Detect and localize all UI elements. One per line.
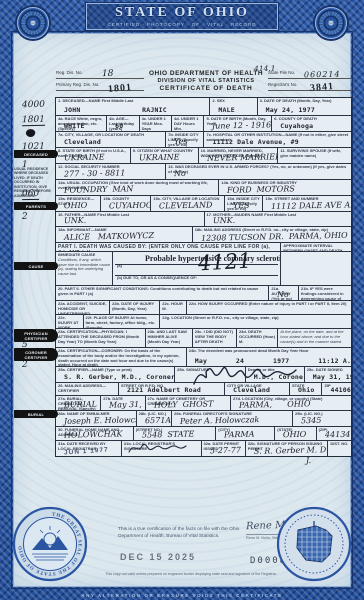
field-label: 23a. CERTIFICATION—PHYSICIAN: I ATTENDED…: [58, 330, 143, 344]
field-date-of-birth: 5. DATE OF BIRTH (Month, Day, Year)June …: [203, 116, 271, 131]
field-residence-state: 15a. RESIDENCE—STATEOHIO: [56, 196, 100, 211]
field-value: 60: [115, 122, 123, 130]
field-number: 15e.: [265, 196, 274, 201]
field-residence-inside-limits: 15d. INSIDE CITY LIMITS (Specify yes or …: [224, 196, 262, 211]
field-county-of-death: 6. COUNTY OF DEATHCuyahoga: [271, 116, 351, 131]
form-row: 8. STATE OF BIRTH (If not in U.S.A., nam…: [56, 147, 351, 163]
field-number: 7a.: [58, 132, 65, 137]
field-label: 23c. I DID (DID NOT) VIEW THE BODY AFTER…: [195, 330, 234, 344]
form-row: 31a. DATE RECEIVED BY LOCAL REGISTRARJUN…: [56, 440, 351, 456]
field-informant: 18a. INFORMANT—NAMEALICE MATKOWYCZ: [56, 227, 192, 242]
field-inside-city-limits: 7b. INSIDE CITY LIMITS (Specify yes or n…: [165, 132, 203, 147]
field-value: UNK.: [212, 216, 234, 225]
validity-fine-print: This copy not valid unless prepared on e…: [88, 572, 294, 576]
header-right: 414.1 State File No. 060214 Registrar's …: [268, 70, 352, 94]
field-accident-suicide: 22a. ACCIDENT, SUICIDE, HOMICIDE OR UNDE…: [56, 301, 109, 314]
header-left: Reg. Dis. No. 18 Primary Reg. Dis. No. 1…: [56, 70, 144, 94]
field-value: NEVER MARRIED: [207, 152, 278, 163]
department-title: OHIO DEPARTMENT OF HEALTH: [144, 70, 268, 77]
form-row: 22a. ACCIDENT, SUICIDE, HOMICIDE OR UNDE…: [56, 300, 351, 314]
immediate-cause-note: IMMEDIATE CAUSEConditions, if any, which…: [56, 252, 112, 285]
field-value: 5548 STATE: [142, 429, 195, 439]
field-embalmer-lic: 28b. (LIC. NO.)6571A: [136, 411, 171, 426]
field-label: 23b. AND LAST SAW HIM/HER ALIVE (Month D…: [148, 330, 190, 344]
field-number: 4d.: [174, 116, 181, 121]
primary-reg-label: Primary Reg. Dis. No.: [56, 82, 100, 87]
field-value: BURIAL: [64, 400, 97, 410]
field-mother-name: 17. MOTHER—MAIDEN NAME First Middle Last…: [204, 212, 352, 226]
field-how-injury: 22d. HOW INJURY OCCURRED (Enter nature o…: [186, 301, 351, 314]
field-under-1-day: 4d. UNDER 1 DAY Hours Min.: [171, 116, 203, 131]
cert-viewed-body: 23c. I DID (DID NOT) VIEW THE BODY AFTER…: [192, 329, 236, 347]
field-number: 25c.: [307, 367, 316, 372]
field-city-of-death: 7a. CITY, VILLAGE, OR LOCATION OF DEATHC…: [56, 132, 165, 147]
field-number: 8.: [58, 148, 62, 153]
field-number: 2.: [212, 98, 216, 103]
corner-rosette-icon: [315, 7, 347, 39]
field-date-permit-issued: 32a. DATE PERMIT ISSUED5-27-77: [201, 441, 245, 456]
field-value: S. R. Gerber M. D.: [254, 445, 328, 456]
field-race: 4a. RACE White, negro, american indian, …: [56, 116, 106, 131]
field-number: 31a.: [58, 441, 67, 446]
field-certifier-name: 25a. CERTIFIER—NAME (Type or print)S. R.…: [56, 367, 174, 382]
reg-dis-value: 18: [102, 69, 114, 79]
field-value: OHIO: [64, 201, 87, 210]
field-value: MALE: [218, 106, 234, 114]
field-value: Joseph E. Holowczak: [64, 415, 136, 426]
field-injury-at-work: 22e. INJURY AT WORK (Specify yes or no): [56, 315, 83, 328]
field-value: UNK.: [64, 216, 86, 225]
registrar-signature-scrawl: [126, 440, 188, 456]
field-cemetery: 27c. NAME OF CEMETERY OR CREMATORYHOLY G…: [145, 396, 231, 410]
great-seal-of-ohio-icon: THE GREAT SEAL OF THE STATE OF OHIO: [12, 506, 88, 582]
field-value: UKRAINE: [139, 153, 180, 163]
field-number: 26.: [58, 383, 65, 388]
field-number: 14b.: [221, 180, 230, 185]
margin-tab-coroner-certifier: CORONER CERTIFIER: [14, 348, 58, 361]
field-number: 32a.: [204, 441, 213, 446]
form-row: 23a. CERTIFICATION—PHYSICIAN: I ATTENDED…: [56, 328, 351, 347]
field-injury-location: 22g. LOCATION (Street or R.F.D. no., cit…: [159, 315, 351, 328]
field-funeral-home-street: (STREET NO.)5548 STATE: [133, 427, 216, 440]
field-permit-signature: 32b. SIGNATURE OF PERSON ISSUING PERMITS…: [245, 441, 328, 456]
field-number: 22g.: [162, 315, 171, 320]
field-value: Cleveland: [64, 138, 101, 146]
field-value: No: [174, 169, 186, 178]
field-date-received: 31a. DATE RECEIVED BY LOCAL REGISTRARJUN…: [56, 441, 121, 456]
field-number: 25a.: [58, 367, 67, 372]
field-label: 22f. PLACE OF INJURY At home, farm, stre…: [86, 316, 158, 328]
margin-tab-burial: BURIAL: [14, 410, 58, 418]
field-label: 4c. UNDER 1 YEAR Mos. Days: [142, 117, 169, 131]
field-value: FOUNDRY MAN: [64, 184, 134, 194]
margin-annotation: 060: [22, 189, 39, 200]
ohio-map-seal-icon: [276, 506, 352, 582]
field-label: Conditions, if any, which gave rise to i…: [58, 258, 110, 277]
alteration-notice: ANY ALTERATION OR ERASURE VOIDS THIS CER…: [0, 593, 364, 598]
field-number: 6.: [274, 116, 278, 121]
field-value: PARMA, OHIO: [239, 399, 311, 409]
field-residence-city: 15c. CITY, VILLAGE OR LOCATIONCLEVELAND: [150, 196, 224, 211]
field-residence-county: 15b. COUNTYCUYAHOGA: [100, 196, 150, 211]
margin-annotation: 2: [22, 360, 28, 370]
certificate-title: CERTIFICATE OF DEATH: [144, 85, 268, 92]
field-label: 22g. LOCATION (Street or R.F.D. no., cit…: [162, 316, 349, 321]
cert-coroner: 24a. CERTIFICATION—CORONER: On the basis…: [56, 348, 186, 366]
field-autopsy: 21a. AUTOPSY (Yes or no)No: [268, 286, 298, 300]
cause-line: (c) DUE TO, OR AS A CONSEQUENCE OF:: [115, 275, 278, 285]
field-label: 11. SURVIVING SPOUSE (If wife, give maid…: [280, 149, 349, 159]
field-date-of-death: 3. DATE OF DEATH (Month, Day, Year)May 2…: [257, 98, 351, 115]
field-number: 23b.: [148, 329, 157, 334]
header-center: OHIO DEPARTMENT OF HEALTH DIVISION OF VI…: [144, 70, 268, 94]
field-number: 1.: [58, 98, 62, 103]
field-surviving-spouse: 11. SURVIVING SPOUSE (If wife, give maid…: [277, 148, 351, 163]
field-number: 21b.: [301, 286, 310, 291]
field-value: Peter A. Holowczak: [180, 415, 259, 426]
field-citizen-of: 9. CITIZEN OF WHAT COUNTRYUKRAINE: [130, 148, 198, 163]
field-value: YES: [233, 201, 250, 210]
field-number: 23d.: [239, 329, 248, 334]
field-value: June 12 - 1916: [212, 120, 271, 130]
field-label: DIST. NO.: [330, 442, 349, 447]
field-label: 3. DATE OF DEATH (Month, Day, Year): [260, 99, 349, 104]
field-number: 22b.: [112, 301, 121, 306]
form-row: 4a. RACE White, negro, american indian, …: [56, 115, 351, 131]
field-number: 9.: [133, 148, 137, 153]
field-label: 22b. DATE OF INJURY (Month, Day, Year): [112, 302, 157, 312]
field-value: 5-27-77: [209, 446, 240, 456]
field-age: 4b. AGE—Last birthday (years)60: [106, 116, 138, 131]
field-burial-type: 27a. BURIAL, CREMATION, REMOVAL (Specify…: [56, 396, 100, 410]
field-value: JOHN RAJNIC: [64, 106, 167, 114]
field-label: 23d. DEATH OCCURRED (Hour) M.: [239, 330, 275, 344]
field-place-of-injury: 22f. PLACE OF INJURY At home, farm, stre…: [83, 315, 160, 328]
state-banner: STATE OF OHIO · CERTIFIED · PHOTOCOPY · …: [86, 3, 278, 30]
field-value: Ohio: [298, 386, 314, 394]
field-label: 24a. CERTIFICATION—CORONER: On the basis…: [58, 349, 184, 366]
certification-statement: This is a true certification of the fact…: [118, 526, 252, 540]
form-row: 30. FUNERAL HOME NAME AND ADDRESSHOLOWCH…: [56, 426, 351, 440]
state-file-label: State File No.: [268, 70, 295, 75]
form-row: 7a. CITY, VILLAGE, OR LOCATION OF DEATHC…: [56, 131, 351, 147]
field-label: 4d. UNDER 1 DAY Hours Min.: [174, 117, 201, 131]
cert-physician-note: At the place, on the date, and at the ho…: [277, 329, 351, 347]
form-row: 20. PART II. OTHER SIGNIFICANT CONDITION…: [56, 285, 351, 300]
field-father-name: 16. FATHER—NAME First Middle LastUNK.: [56, 212, 204, 226]
field-number: 15b.: [103, 196, 112, 201]
field-label: 22c. HOUR M.: [162, 302, 184, 312]
field-injury-hour: 22c. HOUR M.: [159, 301, 186, 314]
form-row: 16. FATHER—NAME First Middle LastUNK.17.…: [56, 211, 351, 226]
field-date-of-injury: 22b. DATE OF INJURY (Month, Day, Year): [109, 301, 159, 314]
field-funeral-home-city: (CITY)PARMA: [215, 427, 274, 440]
field-label: 13. WAS DECEASED EVER IN U.S. ARMED FORC…: [168, 165, 349, 175]
field-number: 4c.: [142, 116, 149, 121]
division-title: DIVISION OF VITAL STATISTICS: [144, 78, 268, 84]
field-number: 7c.: [206, 132, 213, 137]
field-marital-status: 10. MARRIED, NEVER MARRIED, WIDOWED, DIV…: [198, 148, 278, 163]
certifier-signature-scrawl: [188, 358, 300, 390]
field-occupation: 14a. USUAL OCCUPATION (Give kind of work…: [56, 180, 218, 195]
certificate-form: 1. DECEASED—NAME First Middle LastJOHN R…: [55, 97, 352, 457]
field-state-of-birth: 8. STATE OF BIRTH (If not in U.S.A., nam…: [56, 148, 130, 163]
field-number: 25b.: [177, 367, 186, 372]
banner-subtitle: · CERTIFIED · PHOTOCOPY · OF · VITAL · R…: [91, 22, 273, 27]
field-number: 29a.: [174, 411, 183, 416]
death-certificate-page: STATE OF OHIO · CERTIFIED · PHOTOCOPY · …: [0, 0, 364, 600]
registrar-no-value: 3841: [310, 81, 335, 94]
field-armed-forces: 13. WAS DECEASED EVER IN U.S. ARMED FORC…: [165, 164, 351, 179]
field-embalmer: 28a. NAME OF EMBALMERJoseph E. Holowczak: [56, 411, 136, 426]
field-funeral-home: 30. FUNERAL HOME NAME AND ADDRESSHOLOWCH…: [56, 427, 133, 440]
field-label: 26. MAILING ADDRESS—CERTIFIER: [58, 384, 116, 394]
field-number: 15c.: [153, 196, 162, 201]
field-number: 22c.: [162, 301, 171, 306]
field-value: 44106: [330, 386, 351, 394]
issue-date-stamp: DEC 15 2025: [120, 552, 196, 562]
field-funeral-home-zip: (ZIP)44134: [316, 427, 351, 440]
field-label: 22a. ACCIDENT, SUICIDE, HOMICIDE OR UNDE…: [58, 302, 107, 314]
field-informant-address: 18b. MAILING ADDRESS (Street or R.F.D. n…: [192, 227, 351, 242]
field-funeral-home-state: (STATE)OHIO: [274, 427, 315, 440]
field-number: 18a.: [58, 227, 67, 232]
field-value: S. R. Gerber, M.D., Coroner: [64, 373, 174, 381]
field-number: 22e.: [58, 315, 66, 320]
margin-annotation: 2: [22, 212, 28, 222]
field-value: UKRAINE: [64, 153, 105, 163]
corner-rosette-icon: [17, 7, 49, 39]
margin-annotation: 1801: [22, 115, 45, 126]
margin-tab-deceased: DECEASED: [14, 150, 58, 158]
field-dist-no: DIST. NO.: [327, 441, 351, 456]
field-value: CUYAHOGA: [109, 200, 150, 210]
field-certifier-address-label: 26. MAILING ADDRESS—CERTIFIER: [56, 383, 118, 395]
field-number: 12.: [58, 164, 65, 169]
field-number: 5.: [206, 116, 210, 121]
form-row: 22e. INJURY AT WORK (Specify yes or no)2…: [56, 314, 351, 328]
field-number: 18b.: [195, 227, 204, 232]
cert-last-seen: 23b. AND LAST SAW HIM/HER ALIVE (Month D…: [145, 329, 192, 347]
reg-dis-label: Reg. Dis. No.: [56, 70, 83, 75]
cause-line: (b) DUE TO, OR AS A CONSEQUENCE OF:: [115, 264, 278, 275]
form-row: 18a. INFORMANT—NAMEALICE MATKOWYCZ18b. M…: [56, 226, 351, 242]
field-value: WHITE: [64, 122, 85, 130]
field-industry: 14b. KIND OF BUSINESS OR INDUSTRYFORD MO…: [218, 180, 351, 195]
reg-dis-line: Reg. Dis. No. 18: [56, 70, 144, 79]
field-number: 20.: [58, 286, 65, 291]
field-funeral-director-lic: 29b. (LIC. NO.)5345: [292, 411, 351, 426]
cause-code-annotation: 4121: [197, 249, 252, 276]
field-label: 20. PART II. OTHER SIGNIFICANT CONDITION…: [58, 287, 266, 297]
field-label: APPROXIMATE INTERVAL BETWEEN ONSET AND D…: [283, 244, 349, 251]
state-file-value: 060214: [304, 70, 341, 80]
field-funeral-director: 29a. FUNERAL DIRECTOR'S SIGNATUREPeter A…: [171, 411, 292, 426]
field-value: No: [277, 290, 289, 299]
field-number: 4a.: [58, 116, 65, 121]
form-row: PART I. DEATH WAS CAUSED BY: (ENTER ONLY…: [56, 242, 351, 251]
form-header: Reg. Dis. No. 18 Primary Reg. Dis. No. 1…: [56, 70, 352, 94]
field-number: 11.: [280, 148, 286, 153]
field-residence-street: 15e. STREET AND NUMBER11112 DALE AVE APT…: [262, 196, 351, 211]
field-label: At the place, on the date, and at the ho…: [280, 330, 349, 344]
field-date-signed: 25c. DATE SIGNEDMay 31, 1977: [304, 367, 351, 382]
field-number: 24b.: [189, 348, 198, 353]
field-cemetery-location: 27d. LOCATION (City, village, or county)…: [230, 396, 351, 410]
field-value: ALICE MATKOWYCZ: [64, 231, 154, 242]
field-ssn: 12. SOCIAL SECURITY NUMBER277 - 30 - 881…: [56, 164, 165, 179]
field-value: Cuyahoga: [280, 122, 313, 130]
field-certifier-zip: ZIP44106: [321, 383, 351, 395]
form-row: 12. SOCIAL SECURITY NUMBER277 - 30 - 881…: [56, 163, 351, 179]
interval-header: APPROXIMATE INTERVAL BETWEEN ONSET AND D…: [280, 243, 351, 251]
field-value: CLEVELAND: [159, 200, 213, 210]
field-value: 11112 Dale Avenue, #9: [212, 138, 298, 146]
registrar-no-label: Registrar's No.: [268, 82, 298, 87]
field-label: 2. SEX: [212, 99, 254, 104]
field-value: HOLOWCHAK: [64, 429, 123, 439]
field-label: 22d. HOW INJURY OCCURRED (Enter nature o…: [189, 302, 349, 307]
field-hospital: 7c. HOSPITAL OR OTHER INSTITUTION—NAME (…: [203, 132, 351, 147]
field-label: 22e. INJURY AT WORK (Specify yes or no): [58, 316, 81, 328]
field-value: 277 - 30 - 8811: [64, 168, 126, 178]
state-file-line: State File No. 060214: [268, 70, 352, 79]
field-value: OHIO: [283, 430, 306, 439]
field-number: 14a.: [58, 180, 67, 185]
field-under-1-year: 4c. UNDER 1 YEAR Mos. Days: [139, 116, 171, 131]
field-label: 24b. The decedent was pronounced dead Mo…: [189, 349, 349, 354]
margin-tab-physician-certifier: PHYSICIAN CERTIFIER: [14, 329, 58, 342]
dist-no-annotation: J.: [306, 456, 311, 465]
field-value: 44134: [324, 430, 350, 440]
field-number: 4b.: [109, 116, 116, 121]
margin-annotation: 4000: [22, 100, 45, 110]
field-autopsy-findings: 21b. IF YES were findings considered in …: [298, 286, 351, 300]
field-label: 1. DECEASED—NAME First Middle Last: [58, 99, 207, 104]
primary-reg-line: Primary Reg. Dis. No. 1801: [56, 82, 144, 91]
field-value: Yes: [174, 137, 188, 146]
field-value: May 31, 1977: [109, 399, 144, 409]
field-value: FORD MOTORS: [227, 184, 295, 194]
field-number: 24a.: [58, 348, 67, 353]
form-row: 14a. USUAL OCCUPATION (Give kind of work…: [56, 179, 351, 195]
form-row: 1. DECEASED—NAME First Middle LastJOHN R…: [56, 98, 351, 115]
form-row: 28a. NAME OF EMBALMERJoseph E. Holowczak…: [56, 410, 351, 426]
field-value: PARMA: [224, 430, 255, 440]
field-value: 5345: [301, 416, 322, 425]
field-value: 6571A: [145, 416, 171, 426]
field-value: 11112 DALE AVE APT 9: [271, 200, 351, 211]
margin-tab-parents: PARENTS: [14, 202, 58, 210]
field-burial-date: 27b. DATEMay 31, 1977: [100, 396, 144, 410]
field-value: May 31, 1977: [313, 373, 351, 381]
field-number: 23a.: [58, 329, 67, 334]
cause-lines: (a)Probable hypertensive coronary sclero…: [112, 252, 280, 285]
interval-values: [280, 252, 351, 285]
field-number: 28a.: [58, 411, 67, 416]
registrar-no-line: Registrar's No. 3841: [268, 82, 352, 91]
form-row: 27a. BURIAL, CREMATION, REMOVAL (Specify…: [56, 395, 351, 410]
field-number: 3.: [260, 98, 264, 103]
field-number: 10.: [201, 148, 208, 153]
part2-conditions: 20. PART II. OTHER SIGNIFICANT CONDITION…: [56, 286, 268, 300]
field-value: May 24, 1977: [266, 106, 315, 114]
field-number: 23c.: [195, 329, 204, 334]
field-sex: 2. SEXMALE: [209, 98, 256, 115]
field-number: 22d.: [189, 301, 198, 306]
field-number: 22a.: [58, 301, 67, 306]
primary-reg-value: 1801: [108, 82, 133, 95]
field-deceased-name: 1. DECEASED—NAME First Middle LastJOHN R…: [56, 98, 209, 115]
field-number: 32b.: [248, 441, 257, 446]
cert-physician: 23a. CERTIFICATION—PHYSICIAN: I ATTENDED…: [56, 329, 145, 347]
field-value: HOLY GHOST: [153, 399, 213, 409]
margin-tab-cause: CAUSE: [14, 262, 58, 270]
cert-death-hour: 23d. DEATH OCCURRED (Hour) M.: [236, 329, 277, 347]
banner-title: STATE OF OHIO: [91, 5, 273, 21]
field-label: 21b. IF YES were findings considered in …: [301, 287, 349, 300]
field-number: 22f.: [86, 315, 94, 320]
form-row: 15a. RESIDENCE—STATEOHIO15b. COUNTYCUYAH…: [56, 195, 351, 211]
